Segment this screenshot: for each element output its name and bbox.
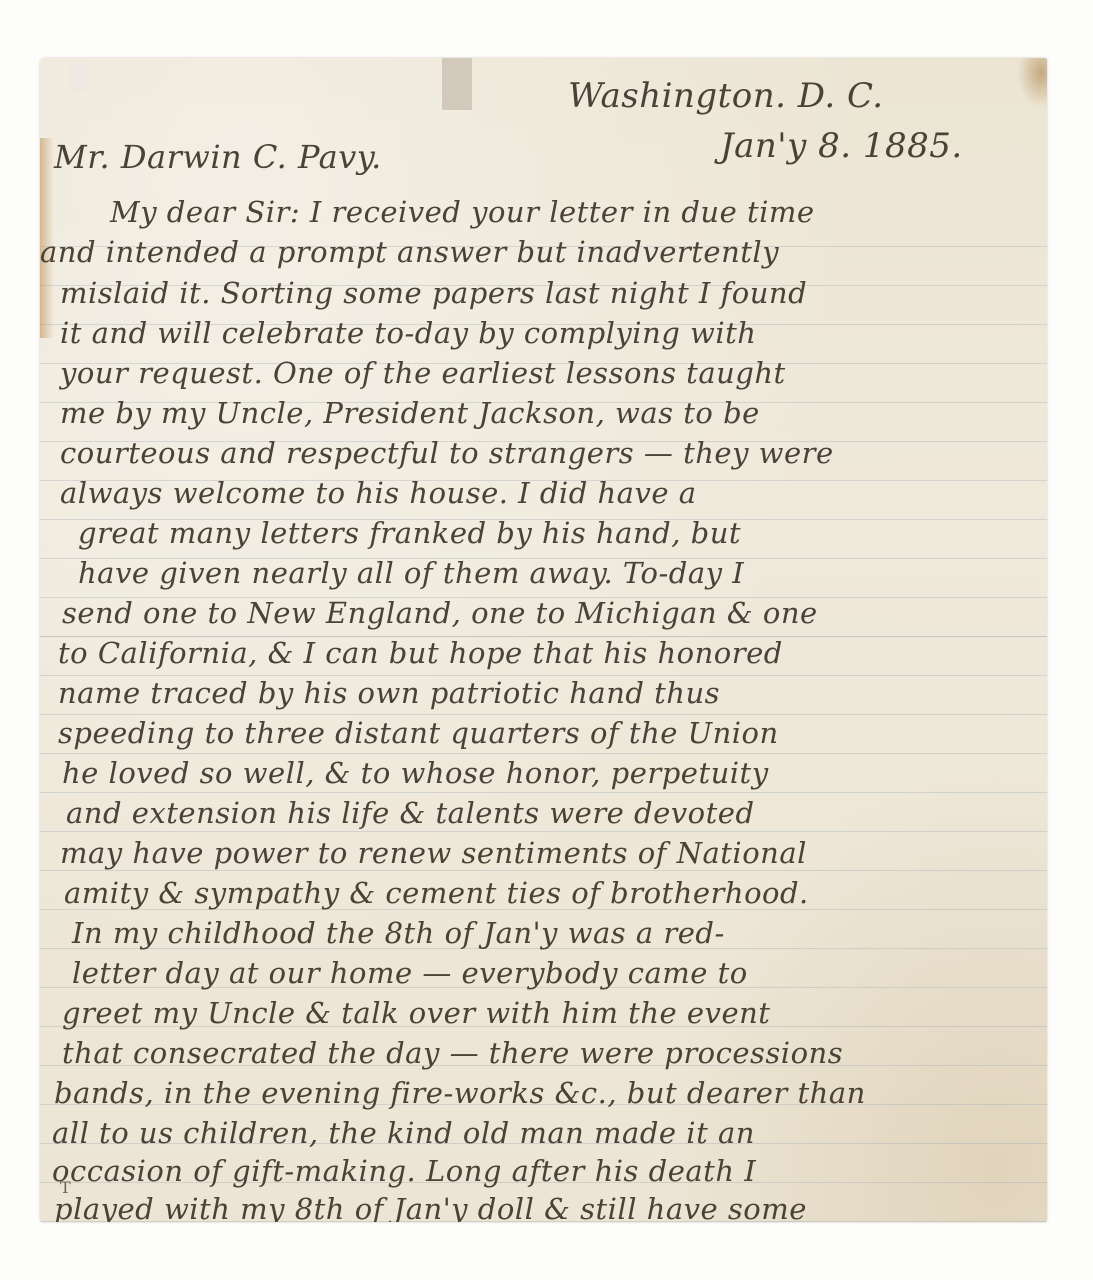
body-line: may have power to renew sentiments of Na…: [60, 836, 807, 870]
body-line: greet my Uncle & talk over with him the …: [62, 996, 770, 1030]
margin-mark: T: [60, 1178, 71, 1197]
body-line: it and will celebrate to-day by complyin…: [60, 316, 756, 350]
body-line: bands, in the evening fire-works &c., bu…: [54, 1076, 866, 1110]
body-line: he loved so well, & to whose honor, perp…: [62, 756, 769, 790]
body-line: occasion of gift-making. Long after his …: [52, 1154, 756, 1188]
body-line: that consecrated the day — there were pr…: [62, 1036, 843, 1070]
body-line: great many letters franked by his hand, …: [78, 516, 741, 550]
body-line: speeding to three distant quarters of th…: [58, 716, 779, 750]
body-line: and extension his life & talents were de…: [66, 796, 755, 830]
letter-place: Washington. D. C.: [568, 76, 884, 116]
body-line: courteous and respectful to strangers — …: [60, 436, 834, 470]
tape-residue: [442, 58, 472, 110]
letter-date: Jan'y 8. 1885.: [720, 126, 963, 166]
body-line: In my childhood the 8th of Jan'y was a r…: [72, 916, 725, 950]
body-line: and intended a prompt answer but inadver…: [40, 235, 779, 269]
corner-stain: [1017, 58, 1047, 108]
body-line: have given nearly all of them away. To-d…: [78, 556, 744, 590]
body-line: played with my 8th of Jan'y doll & still…: [54, 1192, 807, 1222]
body-line: send one to New England, one to Michigan…: [62, 596, 818, 630]
body-line: amity & sympathy & cement ties of brothe…: [64, 876, 809, 910]
letter-recipient: Mr. Darwin C. Pavy.: [54, 138, 382, 176]
body-line: me by my Uncle, President Jackson, was t…: [60, 396, 760, 430]
body-line: to California, & I can but hope that his…: [58, 636, 783, 670]
body-line: always welcome to his house. I did have …: [60, 476, 697, 510]
body-line: My dear Sir: I received your letter in d…: [110, 195, 815, 229]
letter-page: Washington. D. C. Jan'y 8. 1885. Mr. Dar…: [40, 58, 1047, 1222]
body-line: your request. One of the earliest lesson…: [60, 356, 786, 390]
body-line: name traced by his own patriotic hand th…: [58, 676, 720, 710]
tape-residue-corner: [70, 64, 88, 92]
body-line: letter day at our home — everybody came …: [72, 956, 748, 990]
body-line: mislaid it. Sorting some papers last nig…: [60, 276, 807, 310]
body-line: all to us children, the kind old man mad…: [52, 1116, 755, 1150]
